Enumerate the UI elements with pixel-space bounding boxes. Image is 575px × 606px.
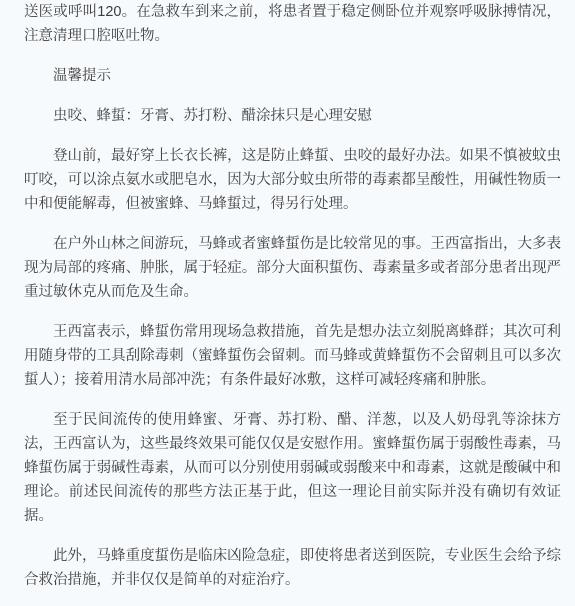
paragraph-sting-symptoms: 在户外山林之间游玩，马蜂或者蜜蜂蜇伤是比较常见的事。王西富指出，大多表现为局部的… — [24, 232, 561, 304]
paragraph-folk-remedies: 至于民间流传的使用蜂蜜、牙膏、苏打粉、醋、洋葱，以及人奶母乳等涂抹方法，王西富认… — [24, 408, 561, 528]
paragraph-prevention: 登山前，最好穿上长衣长裤，这是防止蜂蜇、虫咬的最好办法。如果不慎被蚊虫叮咬，可以… — [24, 144, 561, 216]
section-subheading: 虫咬、蜂蜇：牙膏、苏打粉、醋涂抹只是心理安慰 — [24, 104, 561, 128]
paragraph-severe-sting-treatment: 此外，马蜂重度蜇伤是临床凶险急症，即使将患者送到医院，专业医生会给予综合救治措施… — [24, 544, 561, 592]
article-body: 送医或呼叫120。在急救车到来之前，将患者置于稳定侧卧位并观察呼吸脉搏情况，注意… — [0, 0, 575, 592]
tip-label: 温馨提示 — [24, 64, 561, 88]
paragraph-first-aid-steps: 王西富表示，蜂蜇伤常用现场急救措施，首先是想办法立刻脱离蜂群；其次可利用随身带的… — [24, 320, 561, 392]
paragraph-emergency-transport: 送医或呼叫120。在急救车到来之前，将患者置于稳定侧卧位并观察呼吸脉搏情况，注意… — [24, 0, 561, 48]
